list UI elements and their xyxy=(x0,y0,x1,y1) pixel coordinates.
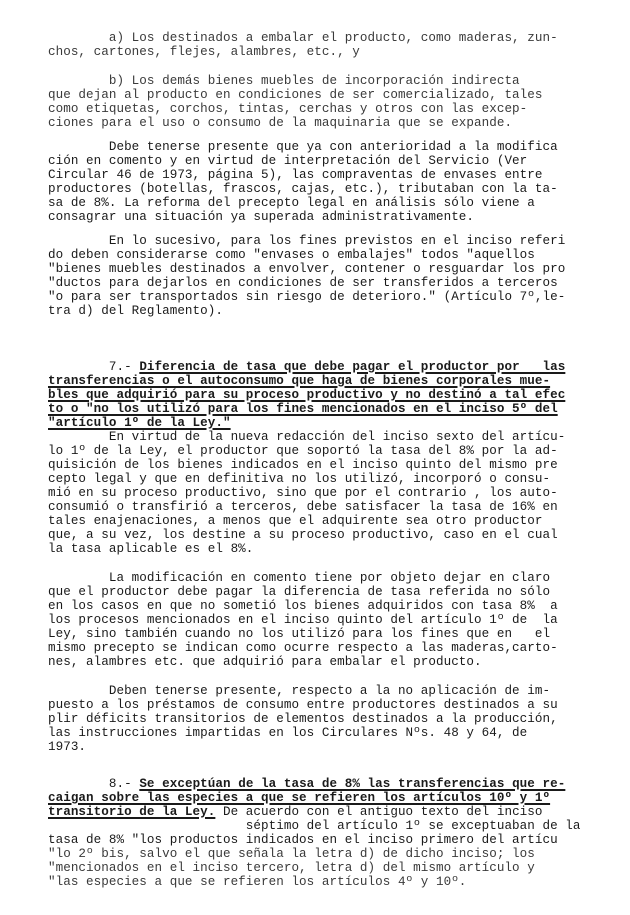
section-7-title-part-1: Diferencia de tasa que debe pagar el pro… xyxy=(139,360,565,374)
para-en-lo-sucesivo-line-4: "ductos para dejarlos en condiciones de … xyxy=(48,276,558,290)
para-la-modificacion-line-7: nes, alambres etc. que adquirió para emb… xyxy=(48,655,482,669)
section-7-heading-line-4: to o "no los utilizó para los fines menc… xyxy=(48,402,558,416)
section-8-line-8: "las especies a que se refieren los artí… xyxy=(48,875,466,889)
para-deben-tenerse-line-3: plir déficits transitorios de elementos … xyxy=(48,712,558,726)
section-7-number xyxy=(48,360,109,374)
section-7-heading-line-5: "artículo 1º de la Ley." xyxy=(48,416,231,430)
para-la-modificacion-line-6: mismo precepto se indican como ocurre re… xyxy=(48,641,558,655)
item-b-line-4: ciones para el uso o consumo de la maqui… xyxy=(48,116,512,130)
para-debe-tenerse-line-6: consagrar una situación ya superada admi… xyxy=(48,210,474,224)
section-8-line-4: séptimo del artículo 1º se exceptuaban d… xyxy=(48,819,581,833)
section-8-line-5: tasa de 8% "los productos indicados en e… xyxy=(48,833,558,847)
section-8-number-label: 8.- xyxy=(109,777,132,791)
item-b-line-1: b) Los demás bienes muebles de incorpora… xyxy=(48,74,520,88)
para-deben-tenerse-line-4: las instrucciones impartidas en los Circ… xyxy=(48,726,527,740)
section-8-body-start: De acuerdo con el antiguo texto del inci… xyxy=(215,805,542,819)
para-en-virtud-line-7: tales enajenaciones, a menos que el adqu… xyxy=(48,514,543,528)
para-la-modificacion-line-5: Ley, sino también cuando no los utilizó … xyxy=(48,627,550,641)
para-deben-tenerse-line-5: 1973. xyxy=(48,740,86,754)
para-en-virtud-line-1: En virtud de la nueva redacción del inci… xyxy=(48,430,565,444)
item-b-line-3: como etiquetas, corchos, tintas, cerchas… xyxy=(48,102,527,116)
para-en-virtud-line-8: que, a su vez, los destine a su proceso … xyxy=(48,528,558,542)
section-8-line-7: "mencionados en el inciso tercero, letra… xyxy=(48,861,535,875)
para-debe-tenerse-line-1: Debe tenerse presente que ya con anterio… xyxy=(48,140,558,154)
para-en-virtud-line-2: lo 1º de la Ley, el productor que soport… xyxy=(48,444,558,458)
section-8-line-3: transitorio de la Ley. De acuerdo con el… xyxy=(48,805,543,819)
para-debe-tenerse-line-3: Circular 46 de 1973, página 5), las comp… xyxy=(48,168,543,182)
para-la-modificacion-line-1: La modificación en comento tiene por obj… xyxy=(48,571,550,585)
section-8-line-6: "lo 2º bis, salvo el que señala la letra… xyxy=(48,847,535,861)
para-la-modificacion-line-4: los procesos mencionados en el inciso qu… xyxy=(48,613,558,627)
section-7-number-label: 7.- xyxy=(109,360,132,374)
para-en-lo-sucesivo-line-2: do deben considerarse como "envases o em… xyxy=(48,248,535,262)
section-8-title-part-1: Se exceptúan de la tasa de 8% las transf… xyxy=(139,777,565,791)
document-page: a) Los destinados a embalar el producto,… xyxy=(0,0,630,915)
para-en-virtud-line-4: cepto legal y que en definitiva no los u… xyxy=(48,472,550,486)
para-en-lo-sucesivo-line-1: En lo sucesivo, para los fines previstos… xyxy=(48,234,565,248)
para-la-modificacion-line-2: que el productor debe pagar la diferenci… xyxy=(48,585,550,599)
section-7-heading-line-3: bles que adquirió para su proceso produc… xyxy=(48,388,565,402)
section-8-line-1: 8.- Se exceptúan de la tasa de 8% las tr… xyxy=(48,777,565,791)
para-debe-tenerse-line-2: ción en comento y en virtud de interpret… xyxy=(48,154,527,168)
item-b-line-2: que dejan al producto en condiciones de … xyxy=(48,88,543,102)
section-8-line-2: caigan sobre las especies a que se refie… xyxy=(48,791,550,805)
para-en-virtud-line-9: la tasa aplicable es el 8%. xyxy=(48,542,253,556)
para-deben-tenerse-line-2: puesto a los préstamos de consumo entre … xyxy=(48,698,558,712)
para-debe-tenerse-line-5: sa de 8%. La reforma del precepto legal … xyxy=(48,196,535,210)
item-a-line-2: chos, cartones, flejes, alambres, etc., … xyxy=(48,45,360,59)
para-en-lo-sucesivo-line-3: "bienes muebles destinados a envolver, c… xyxy=(48,262,565,276)
para-en-virtud-line-5: mió en su proceso productivo, sino que p… xyxy=(48,486,558,500)
section-8-indent xyxy=(48,777,109,791)
para-la-modificacion-line-3: en los casos en que no sometió los biene… xyxy=(48,599,558,613)
para-en-lo-sucesivo-line-6: tra d) del Reglamento). xyxy=(48,304,223,318)
section-7-heading-line-1: 7.- Diferencia de tasa que debe pagar el… xyxy=(48,360,565,374)
para-en-virtud-line-3: quisición de los bienes indicados en el … xyxy=(48,458,558,472)
para-deben-tenerse-line-1: Deben tenerse presente, respecto a la no… xyxy=(48,684,550,698)
para-en-virtud-line-6: consumió o transfirió a terceros, debe s… xyxy=(48,500,558,514)
section-8-title-part-3: transitorio de la Ley. xyxy=(48,805,215,819)
section-7-heading-line-2: transferencias o el autoconsumo que haga… xyxy=(48,374,550,388)
item-a-line-1: a) Los destinados a embalar el producto,… xyxy=(48,31,558,45)
para-debe-tenerse-line-4: productores (botellas, frascos, cajas, e… xyxy=(48,182,558,196)
para-en-lo-sucesivo-line-5: "o para ser transportados sin riesgo de … xyxy=(48,290,565,304)
